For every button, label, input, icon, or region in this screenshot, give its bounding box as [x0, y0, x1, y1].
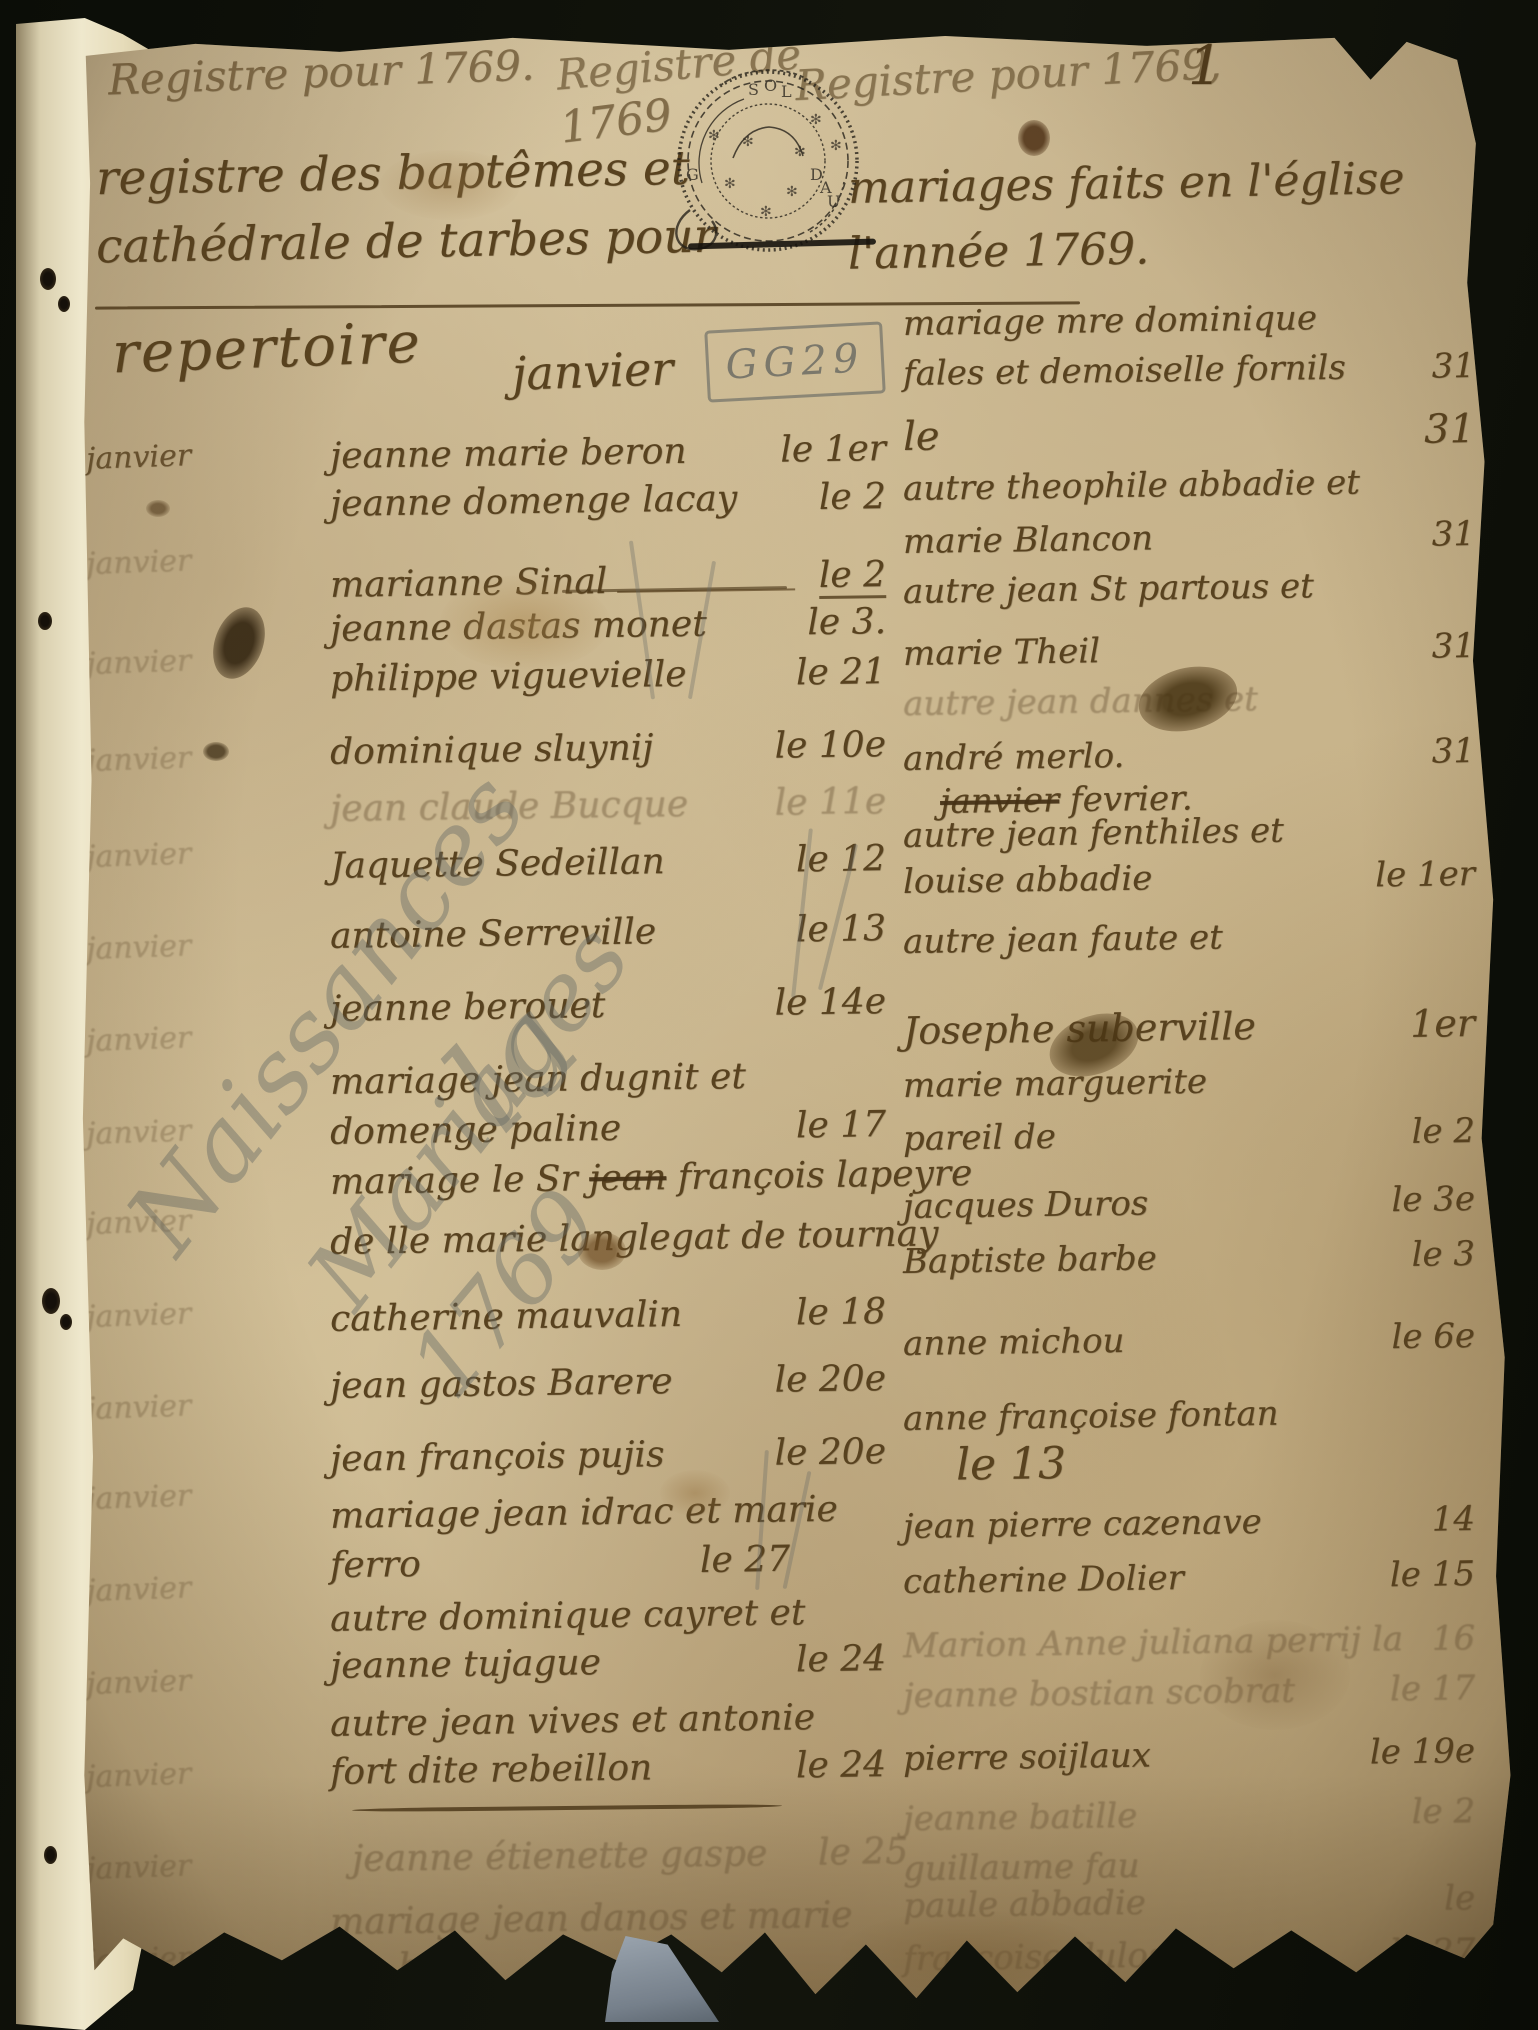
binding-hole	[44, 1846, 57, 1864]
manuscript-scan: Registre pour 1769. Registre de 1769 Reg…	[0, 0, 1538, 2030]
entry-name: marianne Sinal	[330, 561, 608, 606]
register-entry: autre jean fenthiles et	[903, 808, 1476, 856]
register-entry: paule abbadiele	[903, 1878, 1476, 1926]
entry-date: 31	[1424, 406, 1476, 453]
entry-name: philippe viguevielle	[330, 654, 687, 700]
margin-month-label: janvier	[85, 1756, 191, 1795]
register-entry: jean françois pujisle 20e	[330, 1431, 887, 1480]
register-entry: andré merlo.31	[903, 731, 1476, 779]
entry-name: autre jean faute et	[903, 918, 1223, 962]
register-entry: pareil dele 2	[903, 1111, 1476, 1159]
title-right-line2: l'année 1769.	[848, 223, 1150, 279]
entry-name: mariage mre dominique	[903, 298, 1317, 344]
margin-month-label: janvier	[85, 1296, 191, 1335]
stamp-letter: U	[827, 192, 840, 211]
register-entry: autre jean dannes et	[903, 676, 1476, 724]
entry-name: marie Blancon	[903, 519, 1154, 562]
entry-name: marie marguerite	[903, 1062, 1208, 1106]
svg-text:✻: ✻	[786, 184, 798, 200]
entry-date: le 3e	[1391, 1179, 1475, 1220]
entry-name: jeanne batille	[903, 1796, 1138, 1839]
archival-reference: GG29	[724, 335, 865, 388]
register-entry: mariage jean dugnit et	[330, 1054, 887, 1103]
register-entry: autre jean vives et antonie	[330, 1696, 887, 1745]
entry-date: le 13	[796, 908, 887, 950]
entry-name: autre jean dannes et	[903, 679, 1258, 724]
stamp-letter: O	[764, 76, 777, 95]
register-page: Registre pour 1769. Registre de 1769 Reg…	[80, 24, 1522, 2014]
entry-name: marie Theil	[903, 631, 1101, 674]
entry-date: le 27	[1390, 1931, 1476, 1972]
register-entry: jeanne marie beronle 1er	[330, 428, 887, 477]
entry-name: autre theophile abbadie et	[903, 463, 1360, 509]
entry-name: jeanne étienette gaspe	[352, 1833, 768, 1880]
entry-name: autre jean St partous et	[903, 566, 1314, 612]
register-entry: marianne Sinalle 2	[330, 554, 887, 606]
register-entry: le31	[903, 406, 1476, 460]
flourish-underline	[352, 1804, 782, 1813]
margin-month-label: janvier	[85, 836, 191, 875]
register-entry: louise abbadiele 1er	[903, 854, 1476, 902]
svg-text:✻: ✻	[708, 128, 720, 144]
struck-word: jean	[589, 1157, 667, 1199]
entry-name: jeanne marie beron	[330, 431, 687, 477]
register-entry: autre jean St partous et	[903, 564, 1476, 612]
ink-blot	[204, 600, 274, 686]
entry-date: le 20e	[774, 1431, 886, 1474]
entry-name: fort dite rebeillon	[330, 1747, 653, 1792]
entry-date: 1er	[1410, 1001, 1475, 1046]
entry-name: jeanne bostian scobrat	[903, 1671, 1295, 1716]
stamp-letter: G	[686, 165, 699, 184]
entry-name: autre dominique cayret et	[330, 1592, 806, 1640]
register-entry: autre dominique cayret et	[330, 1591, 887, 1640]
entry-date: 31	[1431, 731, 1475, 772]
margin-month-label: janvier	[85, 1570, 191, 1609]
binding-hole	[42, 1288, 60, 1314]
register-entry: autre theophile abbadie et	[903, 461, 1476, 509]
entry-name: autre jean fenthiles et	[903, 811, 1284, 856]
svg-text:✻: ✻	[760, 204, 772, 220]
entry-date: le 1er	[1375, 854, 1475, 895]
entry-name: Josephe suberville	[903, 1004, 1256, 1053]
register-entry: françoise dulosle 27	[903, 1931, 1476, 1979]
entry-date: le 2	[1411, 1791, 1475, 1832]
register-entry: jeanne étienette gaspele 25	[352, 1831, 909, 1880]
entry-date: le 3	[1411, 1234, 1475, 1275]
entry-date: le 25	[818, 1831, 909, 1873]
entry-name: mariage jean danos et marie	[330, 1895, 853, 1943]
title-left-line2: cathédrale de tarbes pour	[96, 209, 717, 275]
entry-name: jean pierre cazenave	[903, 1502, 1262, 1547]
entry-name: dominique sluynij	[330, 727, 654, 773]
ink-blot	[1018, 120, 1050, 156]
title-right-line1: mariages faits en l'église	[848, 153, 1405, 214]
register-entry: jeanne tujaguele 24	[330, 1638, 887, 1687]
register-entry: catherine Dolierle 15	[903, 1554, 1476, 1602]
archival-reference-box: GG29	[704, 321, 886, 402]
entry-date: 16	[1431, 1618, 1475, 1659]
ink-blot	[203, 742, 229, 761]
entry-name: jacques Duros	[903, 1184, 1149, 1227]
register-entry: jacques Durosle 3e	[903, 1179, 1476, 1227]
register-entry: jeanne domenge lacayle 2	[330, 476, 887, 525]
entry-date: 31	[1431, 514, 1475, 555]
entry-name: anne michou	[903, 1321, 1125, 1364]
entry-date: le 27	[700, 1539, 791, 1581]
entry-name: Marion Anne juliana perrij la	[903, 1619, 1403, 1666]
repertoire-label: repertoire	[111, 311, 423, 387]
entry-date: le 1er	[780, 428, 886, 470]
entry-name: autre jean vives et antonie	[330, 1697, 816, 1745]
register-entry: ferrole 27	[330, 1539, 791, 1586]
register-entry: fort dite rebeillonle 24	[330, 1744, 887, 1793]
margin-month-label: janvier	[85, 1478, 191, 1517]
entry-date: le 3.	[807, 601, 886, 643]
register-entry: mariage mre dominique	[903, 296, 1476, 344]
entry-date: le 21	[796, 651, 887, 693]
margin-month-label: janvier	[85, 1020, 191, 1059]
stamp-letter: L	[781, 82, 792, 101]
register-entry: Josephe suberville1er	[903, 1001, 1476, 1053]
entry-name: le 13	[956, 1438, 1067, 1491]
binding-hole	[60, 1314, 72, 1330]
register-entry: jean pierre cazenave14	[903, 1499, 1476, 1547]
entry-date: le 11e	[774, 781, 886, 824]
register-entry: marie marguerite	[903, 1058, 1476, 1106]
entry-date: le 17	[796, 1104, 887, 1146]
margin-month-label: janvier	[85, 1663, 191, 1702]
page-number: 1	[1188, 34, 1222, 97]
entry-date: le 24	[796, 1744, 887, 1786]
stamp-letter: S	[748, 80, 759, 99]
register-entry: philippe vigueviellele 21	[330, 651, 887, 700]
margin-month-label: janvier	[85, 1848, 191, 1887]
entry-date: le 20e	[774, 1358, 886, 1401]
entry-date: le 17	[1390, 1668, 1476, 1709]
register-entry: Marion Anne juliana perrij la16	[903, 1618, 1476, 1666]
entry-name: jeanne domenge lacay	[330, 478, 738, 525]
tax-stamp: S O L G D A U ✻✻✻ ✻✻✻ ✻✻	[660, 62, 876, 268]
entry-date: le 6e	[1391, 1316, 1475, 1357]
entry-date: le 2	[1411, 1111, 1475, 1152]
entry-date: le 15	[1390, 1554, 1476, 1595]
binding-hole	[58, 296, 70, 312]
ink-blot	[146, 500, 170, 517]
entry-date: 14	[1431, 1499, 1475, 1540]
register-entry: autre jean faute et	[903, 914, 1476, 962]
register-entry: anne michoule 6e	[903, 1316, 1476, 1364]
entry-date: le 18	[796, 1291, 887, 1333]
svg-text:✻: ✻	[830, 138, 842, 154]
page-content: Registre pour 1769. Registre de 1769 Reg…	[0, 0, 1538, 2030]
entry-name: Baptiste barbe	[903, 1238, 1157, 1282]
register-entry: pierre soijlauxle 19e	[903, 1731, 1476, 1779]
register-entry: jeanne dastas monetle 3.	[330, 601, 887, 650]
entry-name: brun	[398, 1946, 485, 1988]
entry-name: fales et demoiselle fornils	[903, 348, 1346, 394]
entry-date: le 24	[796, 1638, 887, 1680]
entry-date: le 2	[819, 554, 887, 599]
margin-month-label: janvier	[85, 1388, 191, 1427]
margin-month-label: janvier	[85, 928, 191, 967]
svg-text:✻: ✻	[810, 112, 822, 128]
entry-name: pierre soijlaux	[903, 1736, 1151, 1779]
binding-hole	[40, 268, 56, 290]
entry-date: le 19e	[1370, 1731, 1476, 1772]
tax-stamp-graphic: S O L G D A U ✻✻✻ ✻✻✻ ✻✻	[660, 62, 876, 268]
register-entry: mariage jean danos et marie	[330, 1894, 887, 1943]
entry-name: andré merlo.	[903, 736, 1125, 779]
register-entry: Baptiste barbele 3	[903, 1234, 1476, 1282]
entry-name: françoise dulos	[903, 1935, 1166, 1979]
entry-name: ferro	[330, 1544, 421, 1586]
register-entry: jeanne batillele 2	[903, 1791, 1476, 1839]
entry-date: le 2	[819, 476, 887, 518]
svg-text:✻: ✻	[794, 144, 806, 160]
entry-date: le	[1444, 1878, 1476, 1918]
register-entry: le 13	[956, 1436, 1177, 1490]
flyline-left: Registre pour 1769.	[107, 41, 535, 105]
margin-month-label: janvier	[85, 643, 191, 682]
entry-date: 31	[1431, 626, 1475, 667]
register-entry: dominique sluynijle 10e	[330, 724, 887, 773]
entry-name: le	[903, 413, 940, 460]
svg-text:✻: ✻	[742, 134, 754, 150]
entry-name: pareil de	[903, 1117, 1056, 1159]
register-entry: fales et demoiselle fornils31	[903, 346, 1476, 394]
month-heading: janvier	[511, 341, 674, 401]
entry-name: paule abbadie	[903, 1883, 1146, 1926]
entry-name: jeanne dastas monet	[330, 604, 707, 650]
entry-name: jean françois pujis	[330, 1434, 665, 1480]
entry-date: le 10e	[774, 724, 886, 767]
margin-month-label: janvier	[85, 740, 191, 779]
register-entry: marie Blancon31	[903, 514, 1476, 562]
entry-name: louise abbadie	[903, 859, 1153, 902]
svg-text:✻: ✻	[724, 176, 736, 192]
margin-month-label: janvier	[85, 543, 191, 582]
register-entry: jeanne bostian scobratle 17	[903, 1668, 1476, 1716]
entry-name: jeanne tujague	[330, 1642, 601, 1687]
binding-hole	[38, 612, 52, 630]
title-left-line1: registre des baptêmes et	[96, 141, 691, 206]
entry-name: anne françoise fontan	[903, 1394, 1279, 1439]
register-entry: anne françoise fontan	[903, 1391, 1476, 1439]
margin-month-label: janvier	[85, 438, 191, 477]
register-entry: marie Theil31	[903, 626, 1476, 674]
entry-date: 31	[1431, 346, 1475, 387]
entry-name: catherine Dolier	[903, 1558, 1184, 1602]
